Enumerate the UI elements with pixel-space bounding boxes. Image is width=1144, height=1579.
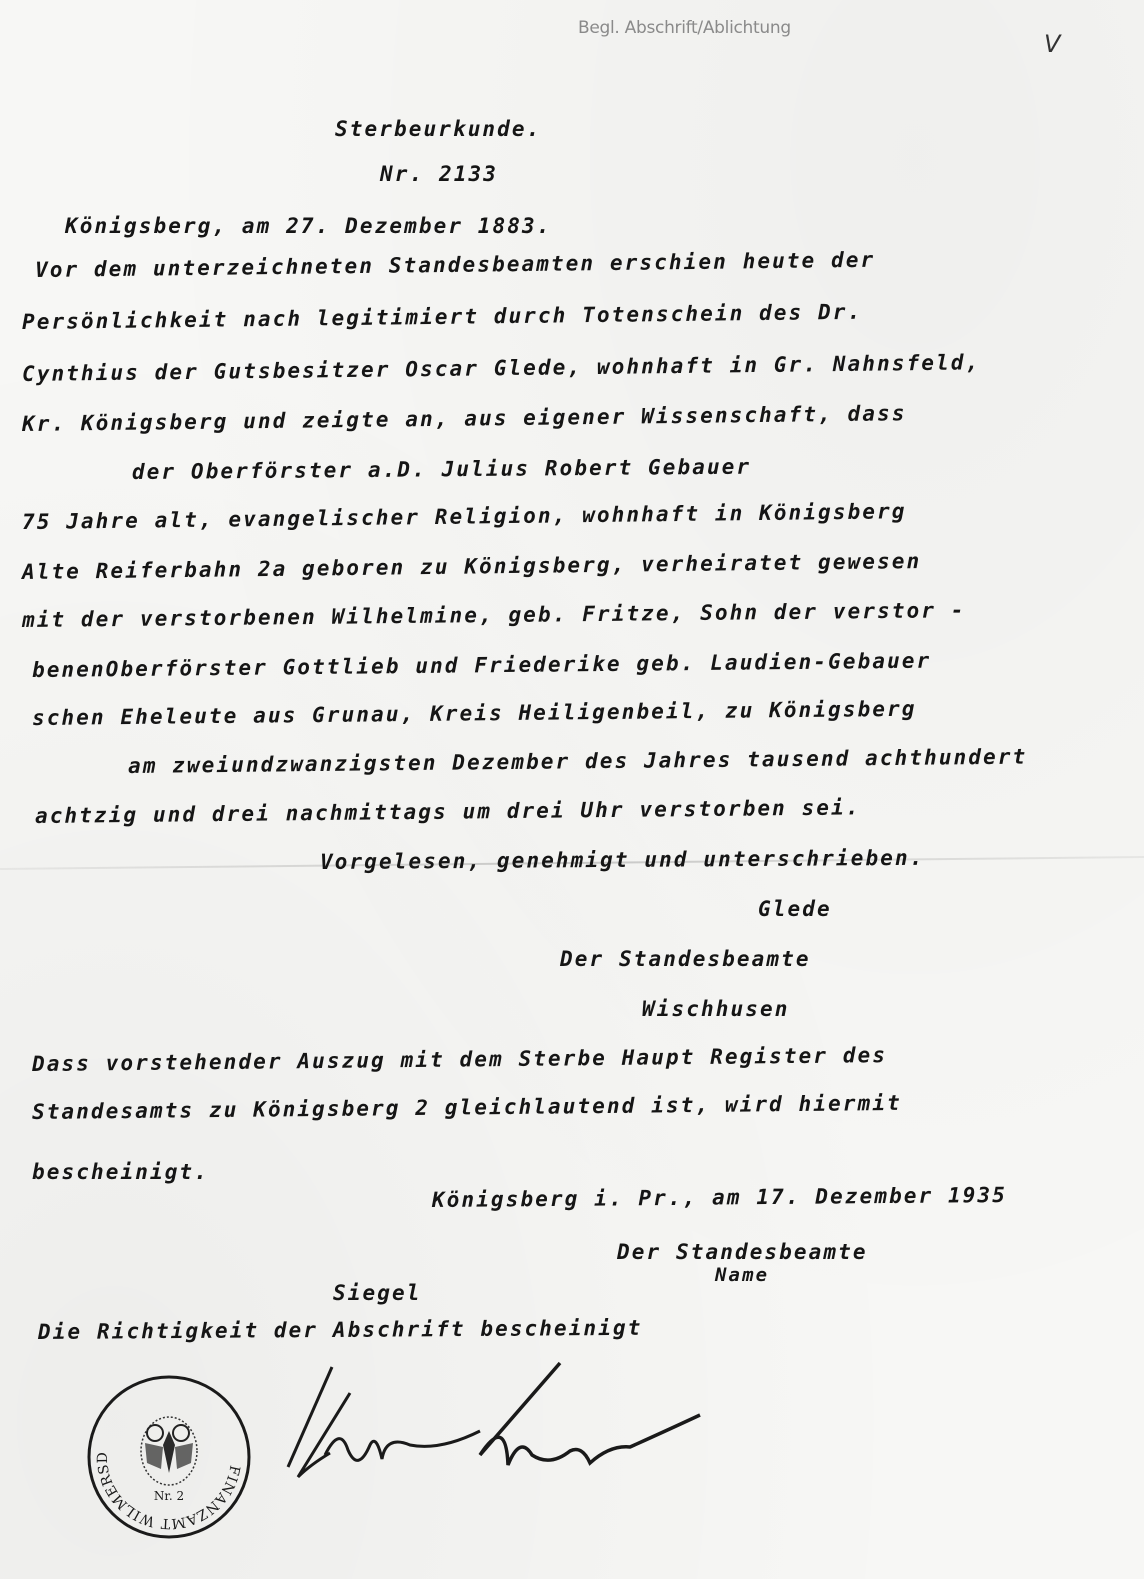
body-line: benenOberförster Gottlieb und Friederike… bbox=[32, 649, 932, 682]
document-page: Begl. Abschrift/Ablichtung V Sterbeurkun… bbox=[0, 0, 1144, 1579]
handwritten-signature bbox=[270, 1355, 710, 1485]
attestation-line: Standesamts zu Königsberg 2 gleichlauten… bbox=[32, 1091, 902, 1124]
attestation-line: bescheinigt. bbox=[32, 1160, 209, 1184]
informant-signature: Glede bbox=[758, 897, 832, 921]
body-line: Cynthius der Gutsbesitzer Oscar Glede, w… bbox=[22, 350, 981, 386]
check-mark: V bbox=[1044, 30, 1060, 58]
registrar-title: Der Standesbeamte bbox=[560, 947, 811, 971]
certificate-number: Nr. 2133 bbox=[380, 162, 498, 186]
certificate-place-date: Königsberg, am 27. Dezember 1883. bbox=[65, 214, 552, 238]
deceased-name-line: der Oberförster a.D. Julius Robert Gebau… bbox=[132, 455, 751, 484]
body-line: am zweiundzwanzigsten Dezember des Jahre… bbox=[128, 745, 1028, 778]
eagle-emblem-icon bbox=[141, 1417, 197, 1485]
closing-formula: Vorgelesen, genehmigt und unterschrieben… bbox=[320, 846, 925, 874]
body-line: Alte Reiferbahn 2a geboren zu Königsberg… bbox=[22, 549, 922, 584]
body-line: Kr. Königsberg und zeigte an, aus eigene… bbox=[22, 401, 907, 436]
registrar-name: Wischhusen bbox=[642, 997, 789, 1021]
attestation-registrar-name: Name bbox=[715, 1264, 769, 1286]
seal-label: Siegel bbox=[333, 1281, 421, 1305]
copy-stamp: Begl. Abschrift/Ablichtung bbox=[578, 18, 791, 38]
body-line: 75 Jahre alt, evangelischer Religion, wo… bbox=[22, 499, 907, 534]
body-line: Persönlichkeit nach legitimiert durch To… bbox=[22, 300, 863, 334]
attestation-place-date: Königsberg i. Pr., am 17. Dezember 1935 bbox=[432, 1183, 1007, 1212]
body-line: Vor dem unterzeichneten Standesbeamten e… bbox=[35, 248, 876, 282]
body-line: schen Eheleute aus Grunau, Kreis Heilige… bbox=[32, 697, 917, 730]
body-line: mit der verstorbenen Wilhelmine, geb. Fr… bbox=[22, 598, 966, 632]
official-seal: FINANZAMT WILMERSDORF-NORD (R) • BERLIN … bbox=[85, 1373, 253, 1541]
seal-center-text: Nr. 2 bbox=[154, 1489, 184, 1503]
attestation-registrar-title: Der Standesbeamte bbox=[617, 1240, 868, 1264]
document-title: Sterbeurkunde. bbox=[335, 117, 541, 141]
attestation-line: Dass vorstehender Auszug mit dem Sterbe … bbox=[32, 1043, 887, 1076]
body-line: achtzig und drei nachmittags um drei Uhr… bbox=[35, 795, 861, 828]
copy-certification-text: Die Richtigkeit der Abschrift bescheinig… bbox=[38, 1316, 643, 1344]
